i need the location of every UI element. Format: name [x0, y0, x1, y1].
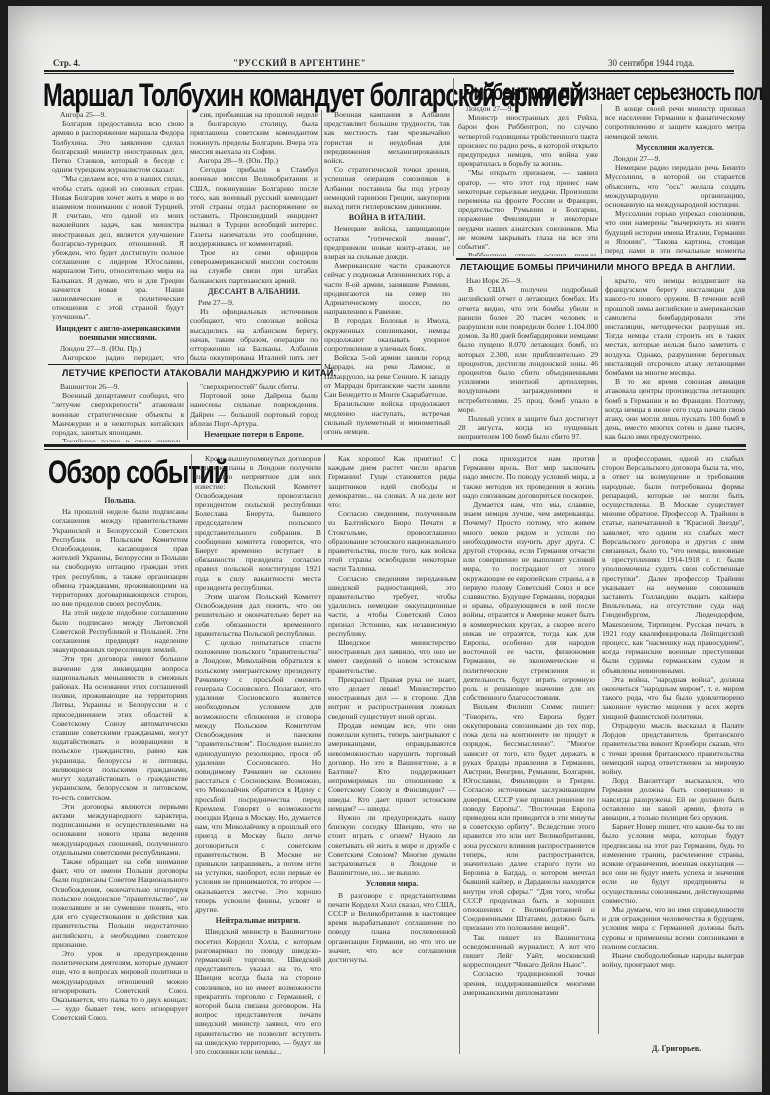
paragraph: и профессорами, одной из слабых сторон В… — [602, 454, 744, 675]
issue-date: 30 сентября 1944 года. — [608, 58, 694, 68]
page-number: Стр. 4. — [53, 58, 80, 68]
dateline: Лондон 27—9. (Юн. Пр.) — [52, 344, 184, 353]
paragraph: Полный успех в защите был достигнут 28 а… — [458, 414, 598, 441]
tolbukhin-col-1: Ангора 25—9.Болгария предоставила всю св… — [52, 110, 184, 362]
flying-bombs-title: ЛЕТАЮЩИЕ БОМБЫ ПРИЧИНИЛИ МНОГО ВРЕДА В А… — [460, 262, 735, 272]
manchuria-title-right: ВАЛИ МАНДЖУРИЮ И КИТАЙ. — [195, 368, 336, 378]
flying-bombs-title-right: ЛИ МНОГО ВРЕДА В АНГЛИИ. — [601, 262, 736, 272]
paragraph: Барнет Новер пишет, что какие-бы то ни б… — [602, 822, 744, 905]
paragraph: Лорд Ванзиттарт высказался, что Германия… — [602, 776, 744, 822]
paragraph: Согласно сведениям переданным шведской р… — [328, 574, 456, 638]
masthead-rule-thin — [44, 73, 734, 74]
paragraph: Эти три договора имеют большое значение … — [52, 654, 188, 801]
review-col-4: пока приходится нам против Германии вроз… — [463, 454, 595, 1054]
section-rule — [44, 444, 746, 447]
paragraph: Шведский министр в Вашингтоне посетил Ко… — [195, 927, 321, 1054]
dateline: Ангора 25—9. — [52, 110, 184, 119]
paragraph: В то же время союзная авиация атаковала … — [605, 377, 745, 441]
paragraph: Также обращает на себя внимание факт, чт… — [52, 857, 188, 949]
paragraph: Сегодня прибыли в Стамбул военные миссии… — [190, 165, 318, 248]
subheading: Немецкие потери в Европе. — [190, 430, 318, 439]
manchuria-title: ЛЕТУЧИЕ КРЕПОСТИ АТАКОВАЛИ МАНДЖУРИЮ И К… — [62, 368, 336, 378]
ribbentrop-col-2: В конце своей речи министр призвал все н… — [605, 104, 745, 256]
dateline: Рим 27—9. — [190, 298, 318, 307]
dateline: Нью Иорк 26—9. — [458, 276, 598, 285]
dateline: Ангора 28—9. (Юн. Пр.) — [190, 156, 318, 165]
dateline: Лондон 27—9. — [605, 154, 745, 163]
paragraph: сия, прибывшая на прошлой неделе в болга… — [190, 110, 318, 156]
dateline: Лондон 27—9. — [458, 104, 598, 113]
dateline: Гл. штаб союзн. 26—9. — [190, 441, 318, 442]
column-divider — [453, 78, 454, 256]
paragraph: Военный департамент сообщил, что "летучи… — [52, 391, 184, 437]
paragraph: Отрадную мысль высказал в Палате Лордов … — [602, 721, 744, 776]
paragraph: В городах Болонья и Имола, окруженных со… — [324, 316, 450, 353]
paragraph: В конце своей речи министр призвал все н… — [605, 104, 745, 141]
paragraph: Иначе свободолюбивые народы выиграв войн… — [602, 951, 744, 969]
paragraph: "сверхкрепостей" были сбиты. — [190, 382, 318, 391]
paragraph: Шведское министерство иностранных дел за… — [328, 638, 456, 675]
paragraph: Немецкое радио передало речь Бенито Мусс… — [605, 163, 745, 209]
paragraph: Немецкие войска, защищающие остатки "гот… — [324, 224, 450, 261]
dateline: Вашингтон 26—9. — [52, 382, 184, 391]
paragraph: Из официальных источников сообщают, что … — [190, 307, 318, 362]
manchuria-col-2: "сверхкрепостей" были сбиты.Портовой зон… — [190, 382, 318, 442]
subheading: Польша. — [52, 496, 188, 505]
review-col-2: Кроме вышеупомянутых договоров польские … — [195, 454, 321, 1054]
newspaper-page: Стр. 4. "РУССКИЙ В АРГЕНТИНЕ" 30 сентябр… — [8, 6, 762, 1092]
flying-bombs-col-1: Нью Иорк 26—9.В США получен подробный ан… — [458, 276, 598, 441]
subheading: Инцидент с англо-американскими военными … — [52, 324, 184, 342]
subheading: Муссолини жалуется. — [605, 143, 745, 152]
paragraph: Эти договоры являются первыми актами меж… — [52, 802, 188, 857]
paragraph: "Мы сделаем все, что в наших силах, чтоб… — [52, 174, 184, 321]
subheading: ВОЙНА В ИТАЛИИ. — [324, 213, 450, 222]
paragraph: Прекрасно! Правая рука не знает, что дел… — [328, 675, 456, 721]
flying-bombs-col-2: крыто, что немцы воздвигают на французск… — [605, 276, 745, 441]
subheading: Нейтральные интриги. — [195, 916, 321, 925]
paragraph: Вильям Филипп Симмс пишет: "Говорить, чт… — [463, 702, 595, 932]
review-col-1: Польша.На прошлой неделе были подписаны … — [52, 494, 188, 1054]
manchuria-title-left: ЛЕТУЧИЕ КРЕПОСТИ АТАКО — [62, 368, 195, 378]
paragraph: На прошлой неделе были подписаны соглаше… — [52, 507, 188, 608]
paragraph: Продав немцам все, что они пожелали купи… — [328, 721, 456, 813]
headline-ribbentrop: Риббентроп признает серьезность положени… — [463, 78, 762, 106]
paragraph: С целью попытаться спасти положение поль… — [195, 638, 321, 914]
masthead-rule — [44, 70, 734, 72]
paragraph: Как хорошо! Как приятно! С каждым днем р… — [328, 454, 456, 509]
paragraph: Бразильские войска продолжают медленно н… — [324, 399, 450, 436]
review-col-5: и профессорами, одной из слабых сторон В… — [602, 454, 744, 1038]
paragraph: В разговоре с представителями печати Кор… — [328, 891, 456, 965]
paragraph: Риббентроп строго осудил румын, болгар и… — [458, 251, 598, 256]
manchuria-col-1: Вашингтон 26—9.Военный департамент сообщ… — [52, 382, 184, 442]
paragraph: Кроме вышеупомянутых договоров польские … — [195, 454, 321, 592]
paragraph: Со стратегической точки зрения, успешная… — [324, 165, 450, 211]
paragraph: Это урок и предупреждение политическим д… — [52, 949, 188, 1023]
paragraph: пока приходится нам против Германии вроз… — [463, 454, 595, 500]
paragraph: Токийское радио в свою очередь, сообщило… — [52, 437, 184, 442]
tolbukhin-col-3: Военная кампания в Албании представляет … — [324, 110, 450, 438]
paragraph: "Мы открыто признаем, — заявил оратор, —… — [458, 168, 598, 251]
paragraph: Болгария предоставила всю свою армию в р… — [52, 119, 184, 174]
paragraph: Муссолини горько упрекал союзников, что … — [605, 209, 745, 256]
paragraph: Так пишет из Вашингтона осведомленный жу… — [463, 933, 595, 970]
paragraph: Мы думаем, что во имя справедливости и д… — [602, 905, 744, 951]
paragraph: В 9 километрах к северу от Римини был за… — [324, 436, 450, 438]
paragraph: Согласно традиционной точки зрения, подд… — [463, 969, 595, 997]
paragraph: крыто, что немцы воздвигают на французск… — [605, 276, 745, 377]
paragraph: Войска 5-ой армии заняли город Маррадн, … — [324, 353, 450, 399]
paragraph: В США получен подробный английский отчет… — [458, 285, 598, 414]
author-signature: Д. Григорьев. — [652, 1044, 701, 1053]
paragraph: Этим шагом Польский Комитет Освобождения… — [195, 592, 321, 638]
paragraph: Согласно сведениям, полученным из Балтий… — [328, 509, 456, 573]
paragraph: Американские части сражаются сейчас у по… — [324, 261, 450, 316]
paragraph: Эта война, "народная война", должна окон… — [602, 675, 744, 721]
paragraph: Думается нам, что мы, славяне, знаем нем… — [463, 500, 595, 702]
newspaper-name: "РУССКИЙ В АРГЕНТИНЕ" — [233, 58, 366, 68]
subheading: Условия мира. — [328, 879, 456, 888]
tolbukhin-col-2: сия, прибывшая на прошлой неделе в болга… — [190, 110, 318, 362]
paragraph: Военная кампания в Албании представляет … — [324, 110, 450, 165]
subheading: ДЕССАНТ В АЛБАНИИ. — [190, 287, 318, 296]
review-col-3: Как хорошо! Как приятно! С каждым днем р… — [328, 454, 456, 1054]
paragraph: Трое из семи офицеров североамериканской… — [190, 248, 318, 285]
flying-bombs-title-left: ЛЕТАЮЩИЕ БОМБЫ ПРИЧИНИ — [460, 262, 601, 272]
paragraph: Ангорское радио передает, что военная ан… — [52, 353, 184, 362]
paragraph: Министр иностранных дел Рейха, барон фон… — [458, 113, 598, 168]
ribbentrop-col-1: Лондон 27—9.Министр иностранных дел Рейх… — [458, 104, 598, 256]
paragraph: Портовой зоне Дайрена были нанесены силь… — [190, 391, 318, 428]
paragraph: Нужно ли предупреждать нашу близкую сосе… — [328, 813, 456, 877]
paragraph: На этой неделе подобное соглашение было … — [52, 608, 188, 654]
